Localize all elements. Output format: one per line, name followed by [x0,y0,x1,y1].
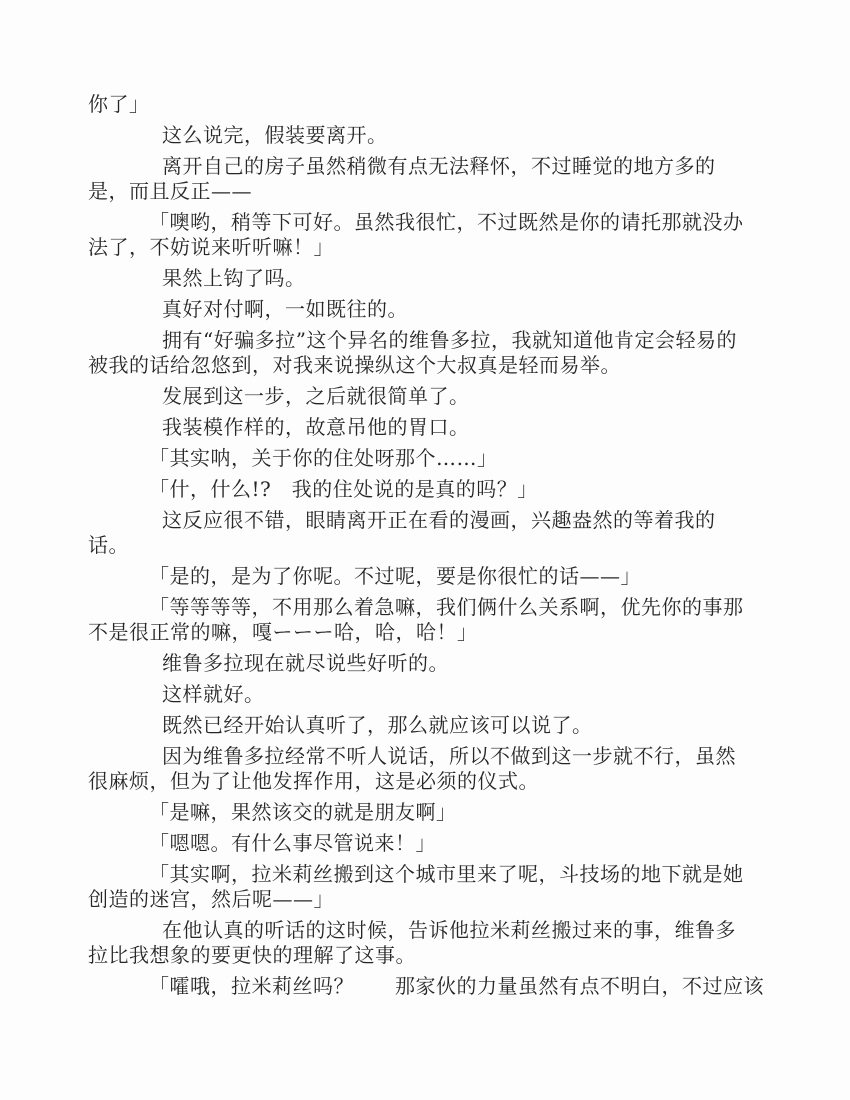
text-line: 拉比我想象的要更快的理解了这事。 [88,943,778,968]
paragraph: 「噢哟，稍等下可好。虽然我很忙，不过既然是你的请托那就没办法了，不妨说来听听嘛！… [88,210,778,260]
text-line: 「其实啊，拉米莉丝搬到这个城市里来了呢，斗技场的地下就是她 [88,862,778,887]
text-line: 「是的，是为了你呢。不过呢，要是你很忙的话——」 [88,564,778,589]
text-line: 「嚯哦，拉米莉丝吗？ 那家伙的力量虽然有点不明白，不过应该 [88,974,778,999]
paragraph: 离开自己的房子虽然稍微有点无法释怀，不过睡觉的地方多的是，而且反正—— [88,154,778,204]
paragraph: 「其实啊，拉米莉丝搬到这个城市里来了呢，斗技场的地下就是她创造的迷宫，然后呢——… [88,862,778,912]
text-line: 拥有“好骗多拉”这个异名的维鲁多拉，我就知道他肯定会轻易的 [88,328,778,353]
text-line: 这么说完，假装要离开。 [88,123,778,148]
paragraph: 在他认真的听话的这时候，告诉他拉米莉丝搬过来的事，维鲁多拉比我想象的要更快的理解… [88,918,778,968]
paragraph: 「什，什么!? 我的住处说的是真的吗？」 [88,477,778,502]
text-line: 话。 [88,533,778,558]
text-line: 果然上钩了吗。 [88,266,778,291]
text-line: 这样就好。 [88,682,778,707]
paragraph: 这样就好。 [88,682,778,707]
paragraph: 你了」 [88,92,778,117]
text-line: 因为维鲁多拉经常不听人说话，所以不做到这一步就不行，虽然 [88,744,778,769]
paragraph: 「嗯嗯。有什么事尽管说来！」 [88,831,778,856]
paragraph: 「是的，是为了你呢。不过呢，要是你很忙的话——」 [88,564,778,589]
paragraph: 我装模作样的，故意吊他的胃口。 [88,415,778,440]
paragraph: 维鲁多拉现在就尽说些好听的。 [88,651,778,676]
text-line: 「其实呐，关于你的住处呀那个……」 [88,446,778,471]
text-line: 离开自己的房子虽然稍微有点无法释怀，不过睡觉的地方多的 [88,154,778,179]
text-line: 既然已经开始认真听了，那么就应该可以说了。 [88,713,778,738]
paragraph: 发展到这一步，之后就很简单了。 [88,384,778,409]
paragraph: 真好对付啊，一如既往的。 [88,297,778,322]
paragraph: 因为维鲁多拉经常不听人说话，所以不做到这一步就不行，虽然很麻烦，但为了让他发挥作… [88,744,778,794]
text-content: 你了」这么说完，假装要离开。离开自己的房子虽然稍微有点无法释怀，不过睡觉的地方多… [88,92,778,999]
text-line: 是，而且反正—— [88,179,778,204]
paragraph: 「等等等等，不用那么着急嘛，我们俩什么关系啊，优先你的事那不是很正常的嘛，嘎ーー… [88,595,778,645]
text-line: 你了」 [88,92,778,117]
text-line: 真好对付啊，一如既往的。 [88,297,778,322]
paragraph: 既然已经开始认真听了，那么就应该可以说了。 [88,713,778,738]
text-line: 「等等等等，不用那么着急嘛，我们俩什么关系啊，优先你的事那 [88,595,778,620]
paragraph: 这反应很不错，眼睛离开正在看的漫画，兴趣盎然的等着我的话。 [88,508,778,558]
text-line: 很麻烦，但为了让他发挥作用，这是必须的仪式。 [88,769,778,794]
paragraph: 「嚯哦，拉米莉丝吗？ 那家伙的力量虽然有点不明白，不过应该 [88,974,778,999]
text-line: 我装模作样的，故意吊他的胃口。 [88,415,778,440]
paragraph: 「其实呐，关于你的住处呀那个……」 [88,446,778,471]
paragraph: 这么说完，假装要离开。 [88,123,778,148]
paragraph: 果然上钩了吗。 [88,266,778,291]
text-line: 发展到这一步，之后就很简单了。 [88,384,778,409]
text-line: 法了，不妨说来听听嘛！」 [88,235,778,260]
text-line: 被我的话给忽悠到，对我来说操纵这个大叔真是轻而易举。 [88,353,778,378]
text-line: 「什，什么!? 我的住处说的是真的吗？」 [88,477,778,502]
text-line: 创造的迷宫，然后呢——」 [88,887,778,912]
paragraph: 拥有“好骗多拉”这个异名的维鲁多拉，我就知道他肯定会轻易的被我的话给忽悠到，对我… [88,328,778,378]
text-line: 维鲁多拉现在就尽说些好听的。 [88,651,778,676]
document-page: 你了」这么说完，假装要离开。离开自己的房子虽然稍微有点无法释怀，不过睡觉的地方多… [0,0,850,1100]
text-line: 不是很正常的嘛，嘎ーーー哈，哈，哈！」 [88,620,778,645]
text-line: 这反应很不错，眼睛离开正在看的漫画，兴趣盎然的等着我的 [88,508,778,533]
text-line: 「嗯嗯。有什么事尽管说来！」 [88,831,778,856]
text-line: 「是嘛，果然该交的就是朋友啊」 [88,800,778,825]
text-line: 在他认真的听话的这时候，告诉他拉米莉丝搬过来的事，维鲁多 [88,918,778,943]
text-line: 「噢哟，稍等下可好。虽然我很忙，不过既然是你的请托那就没办 [88,210,778,235]
paragraph: 「是嘛，果然该交的就是朋友啊」 [88,800,778,825]
